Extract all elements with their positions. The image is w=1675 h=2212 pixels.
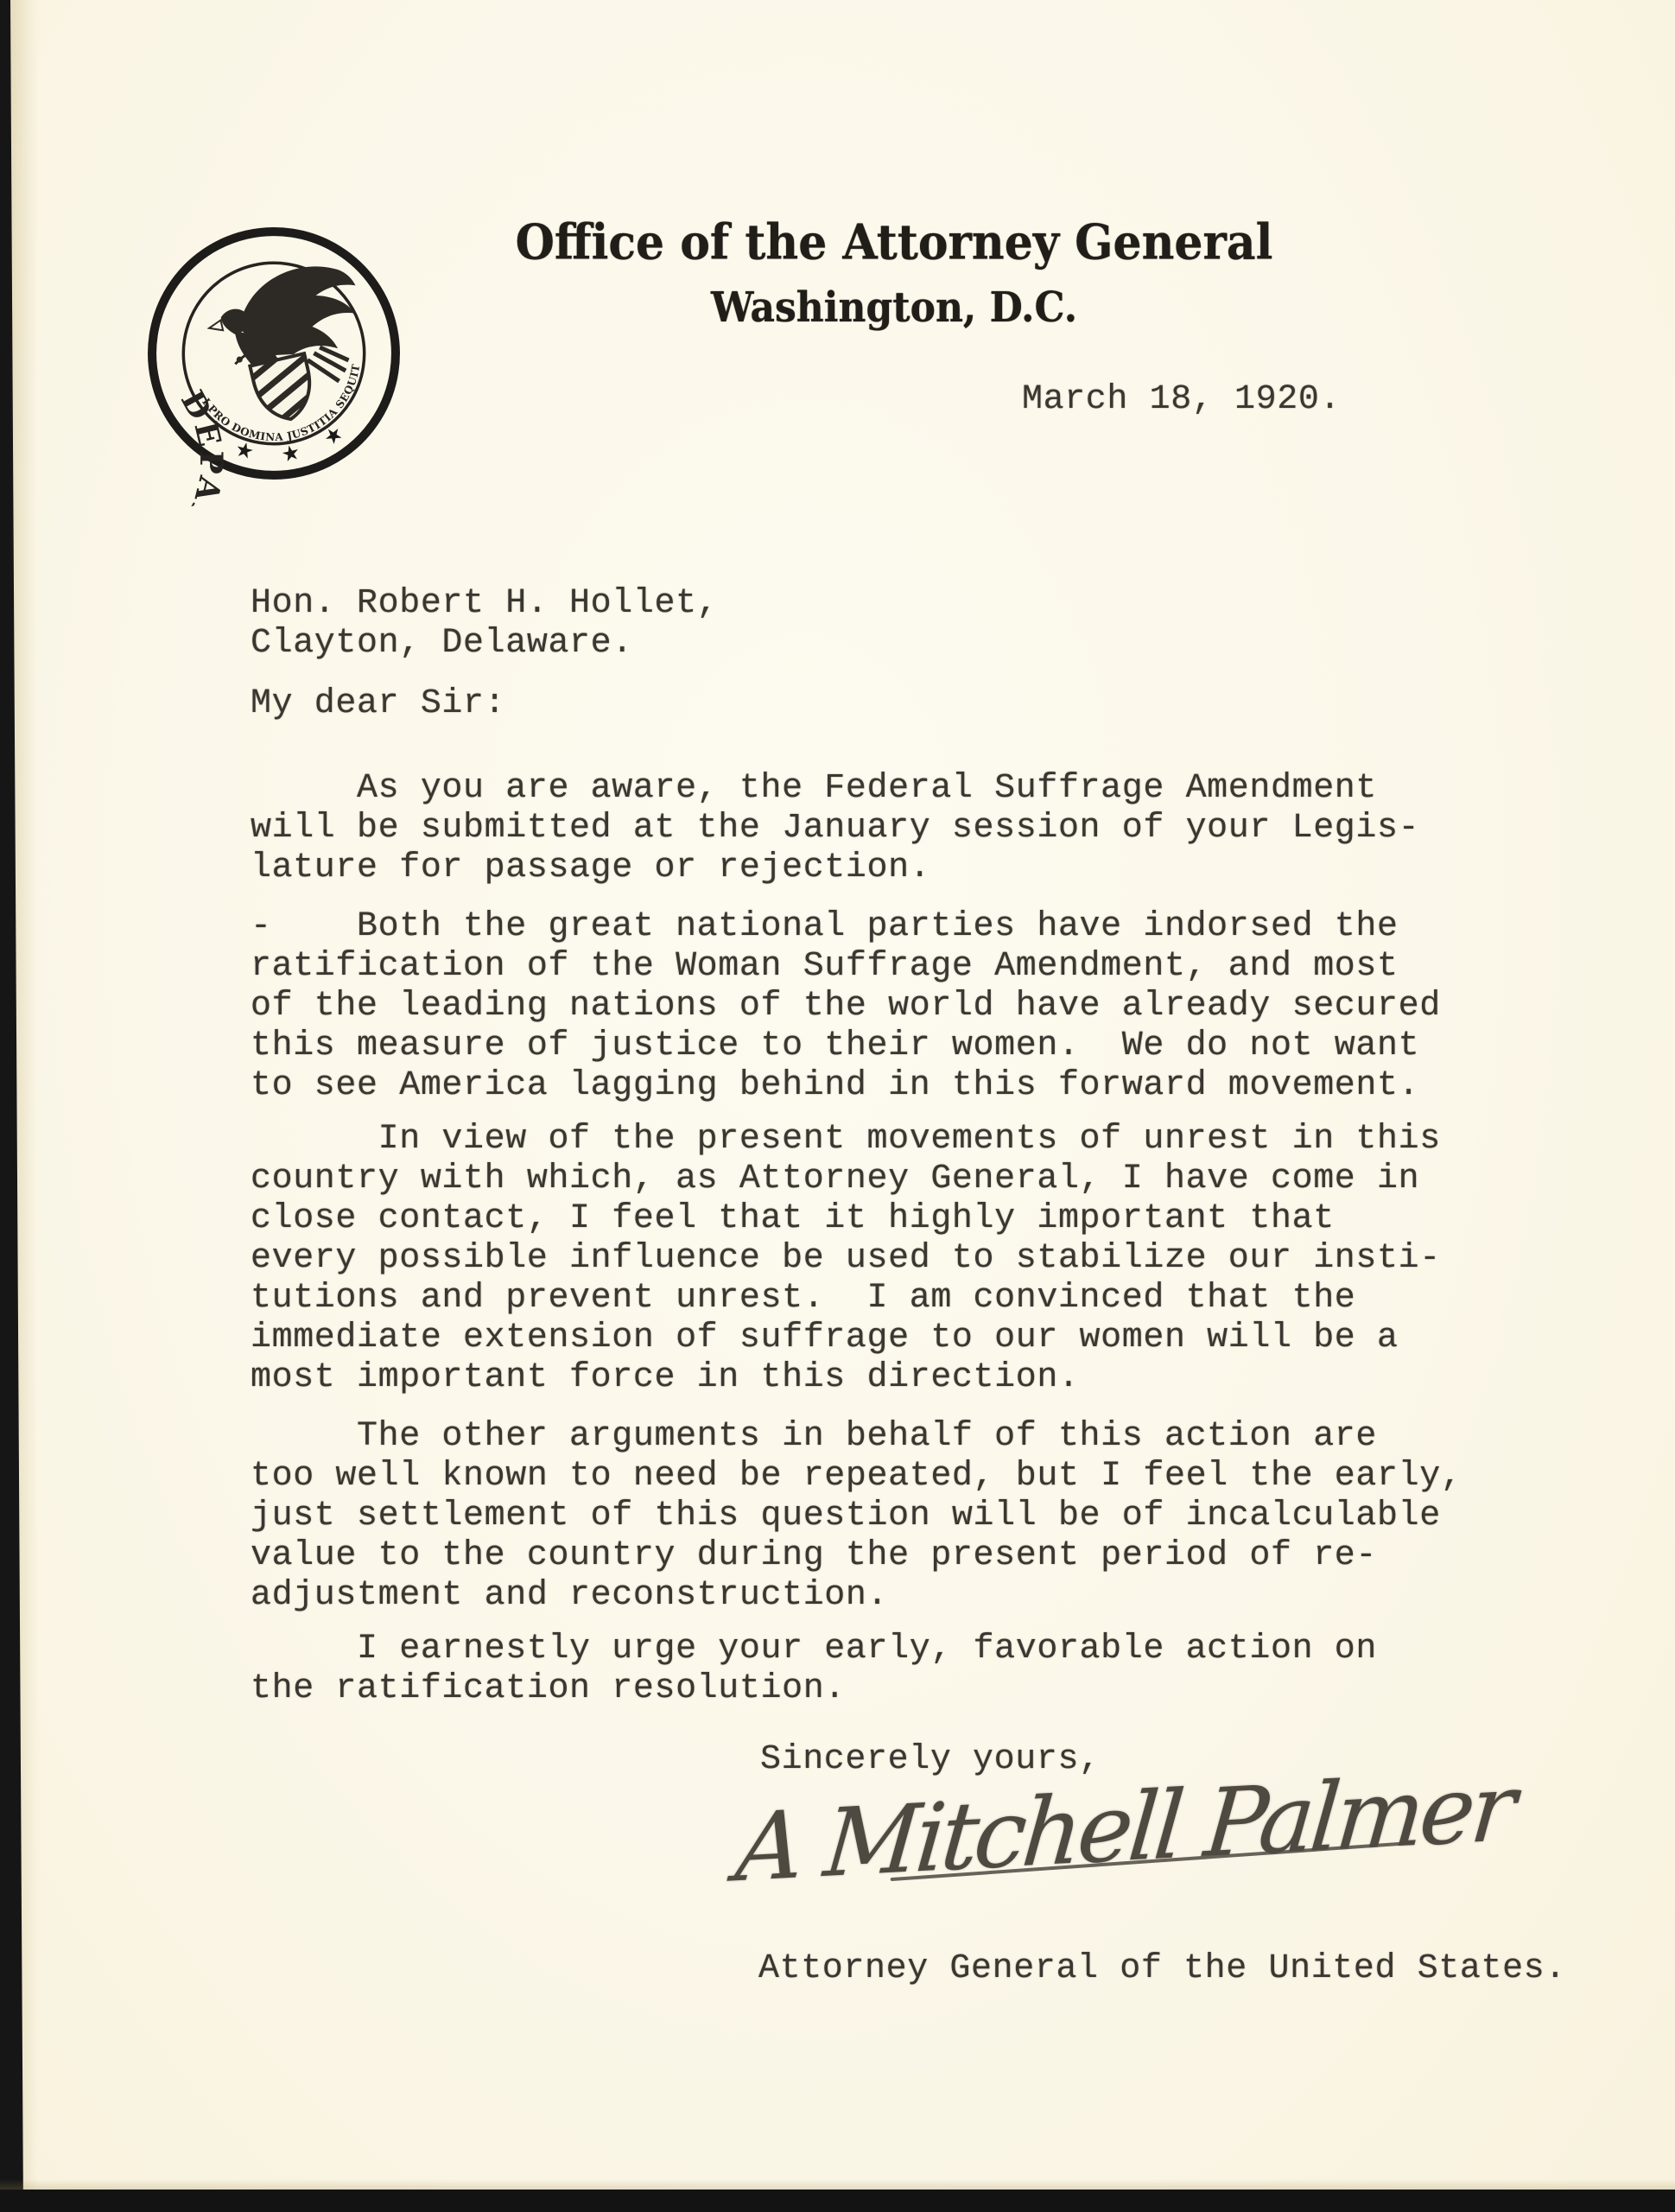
closing: Sincerely yours,	[760, 1740, 1101, 1780]
paragraph-3: In view of the present movements of unre…	[251, 1120, 1441, 1398]
letterhead-city: Washington, D.C.	[484, 282, 1304, 336]
doj-seal: DEPARTMENT OF JUSTICE	[117, 197, 430, 510]
scan-border-bottom	[0, 2190, 1675, 2212]
salutation: My dear Sir:	[251, 684, 505, 724]
letterhead-office-title: Office of the Attorney General	[484, 212, 1304, 273]
paragraph-5: I earnestly urge your early, favorable a…	[251, 1630, 1377, 1709]
letter-scan-page: DEPARTMENT OF JUSTICE	[0, 0, 1675, 2212]
paragraph-4: The other arguments in behalf of this ac…	[251, 1417, 1462, 1616]
eagle-tail-feathers	[305, 341, 352, 387]
paragraph-1: As you are aware, the Federal Suffrage A…	[251, 769, 1419, 888]
letter-date: March 18, 1920.	[1022, 380, 1341, 420]
paragraph-2: - Both the great national parties have i…	[251, 907, 1441, 1106]
letterhead: Office of the Attorney General Washingto…	[484, 214, 1304, 334]
recipient-address: Hon. Robert H. Hollet, Clayton, Delaware…	[251, 584, 718, 664]
signer-title: Attorney General of the United States.	[758, 1949, 1566, 1989]
